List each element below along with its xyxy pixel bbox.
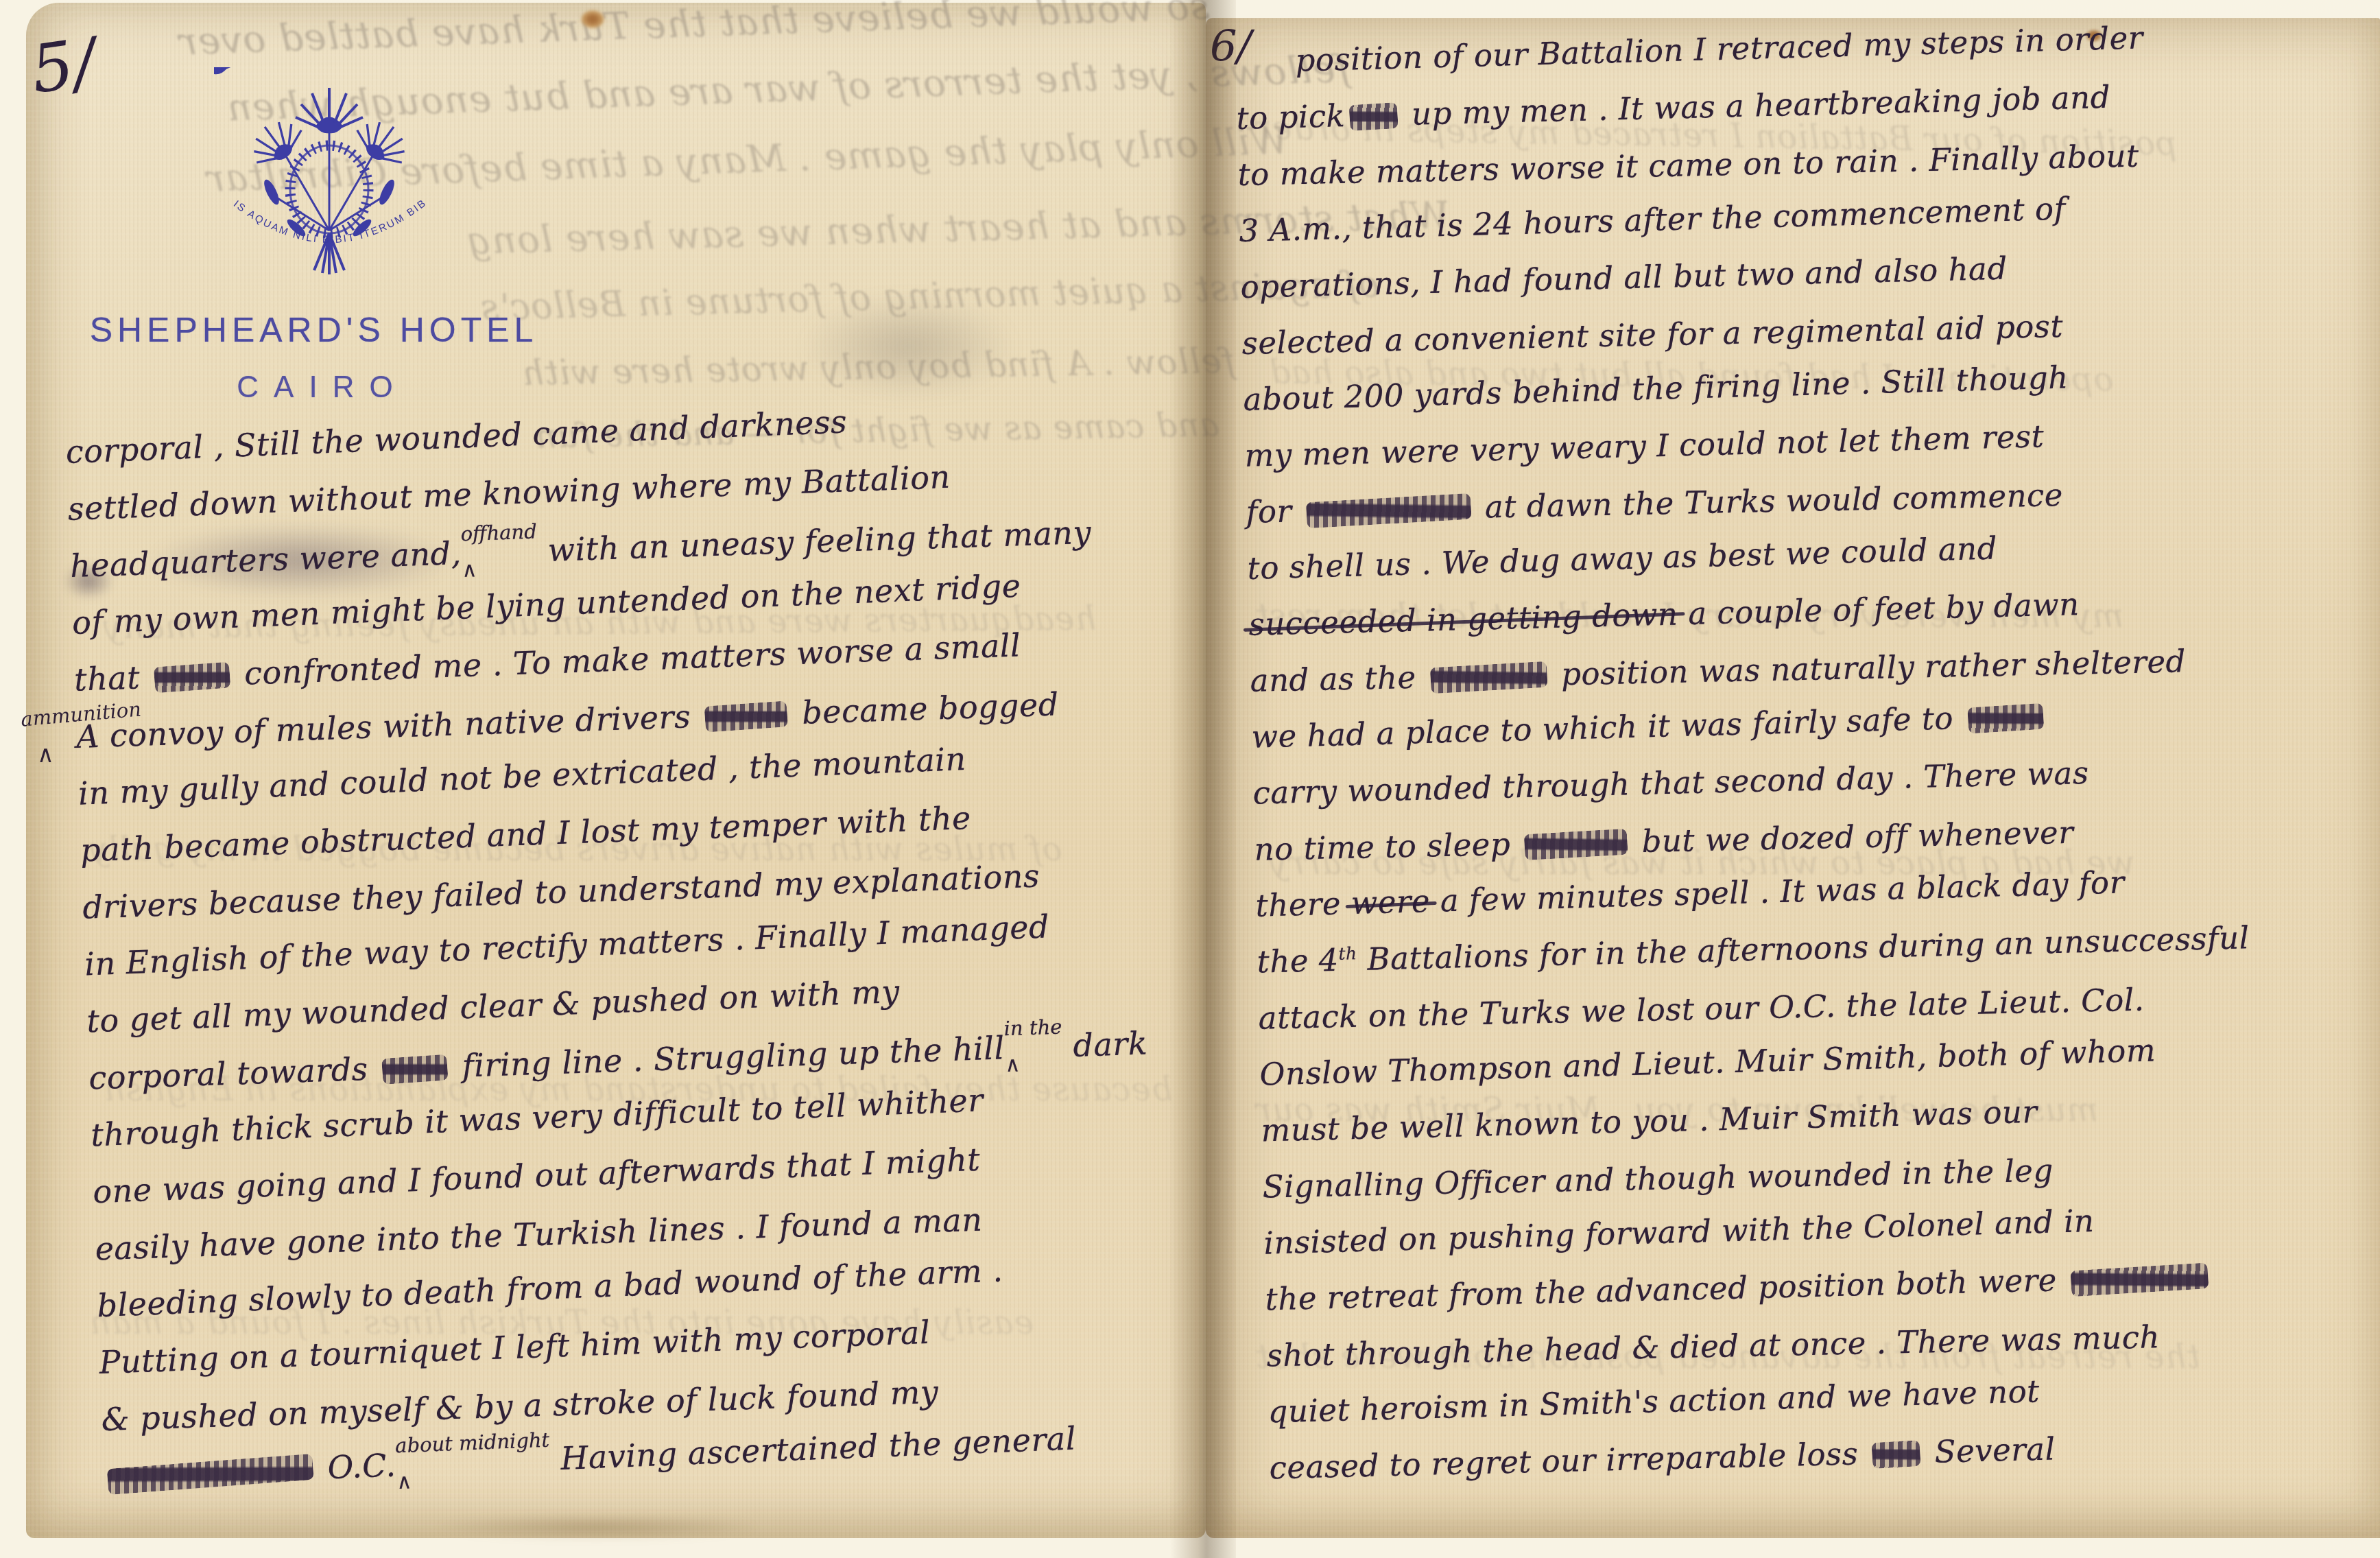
handwriting-text: and as the bbox=[1250, 659, 1427, 698]
page-number-left: 5/ bbox=[27, 23, 101, 108]
caret-mark: ∧ bbox=[462, 558, 478, 582]
scribbled-out-text bbox=[1967, 703, 2044, 734]
scribbled-out-text bbox=[2071, 1262, 2209, 1297]
handwriting-text: th bbox=[1338, 943, 1357, 964]
handwriting-text: O.C. bbox=[316, 1446, 396, 1486]
right-page-handwriting: position of our Battalion I retraced my … bbox=[1235, 16, 2380, 1506]
scribbled-out-text bbox=[382, 1054, 449, 1085]
papyrus-flower-icon bbox=[214, 67, 248, 73]
scribbled-out-text bbox=[1429, 661, 1547, 694]
handwriting-text: dark bbox=[1062, 1024, 1148, 1064]
handwriting-text: the 4 bbox=[1257, 942, 1339, 980]
struck-through-text: were bbox=[1350, 883, 1431, 921]
scribbled-out-text bbox=[1348, 102, 1398, 131]
handwriting-text: for bbox=[1246, 493, 1302, 530]
handwriting-text: that bbox=[73, 659, 151, 698]
caret-mark: ∧ bbox=[1005, 1053, 1021, 1078]
scribbled-out-text bbox=[1524, 829, 1628, 860]
left-page-handwriting: corporal , Still the wounded came and da… bbox=[65, 393, 1209, 1515]
scribbled-out-text bbox=[1305, 493, 1471, 528]
hotel-city: CAIRO bbox=[175, 370, 470, 405]
handwriting-text: Several bbox=[1924, 1430, 2056, 1470]
handwriting-text: there bbox=[1255, 885, 1352, 924]
inserted-text: ∧in the bbox=[1004, 1027, 1063, 1066]
caret-mark: ∧ bbox=[37, 741, 54, 768]
inserted-text: ∧offhand bbox=[461, 532, 538, 571]
handwriting-text: to pick bbox=[1236, 97, 1346, 137]
handwriting-text: but we dozed off whenever bbox=[1631, 814, 2073, 860]
handwriting-text: became bogged bbox=[791, 685, 1059, 731]
handwriting-text: no time to sleep bbox=[1254, 826, 1521, 868]
scribbled-out-text bbox=[1872, 1440, 1921, 1469]
scribbled-out-text bbox=[704, 700, 788, 732]
scribbled-out-text bbox=[107, 1454, 314, 1495]
letter-scan: { "letterhead": { "hotel_name": "SHEPHEA… bbox=[0, 0, 2380, 1558]
hotel-crest-emblem: QUIS AQUAM NILI BIBIT ITERUM BIBET bbox=[214, 67, 444, 285]
caret-mark: ∧ bbox=[396, 1470, 413, 1494]
scribbled-out-text bbox=[154, 662, 230, 694]
hotel-name: SHEPHEARD'S HOTEL bbox=[58, 310, 569, 350]
inserted-text: ∧about midnight bbox=[395, 1441, 551, 1484]
